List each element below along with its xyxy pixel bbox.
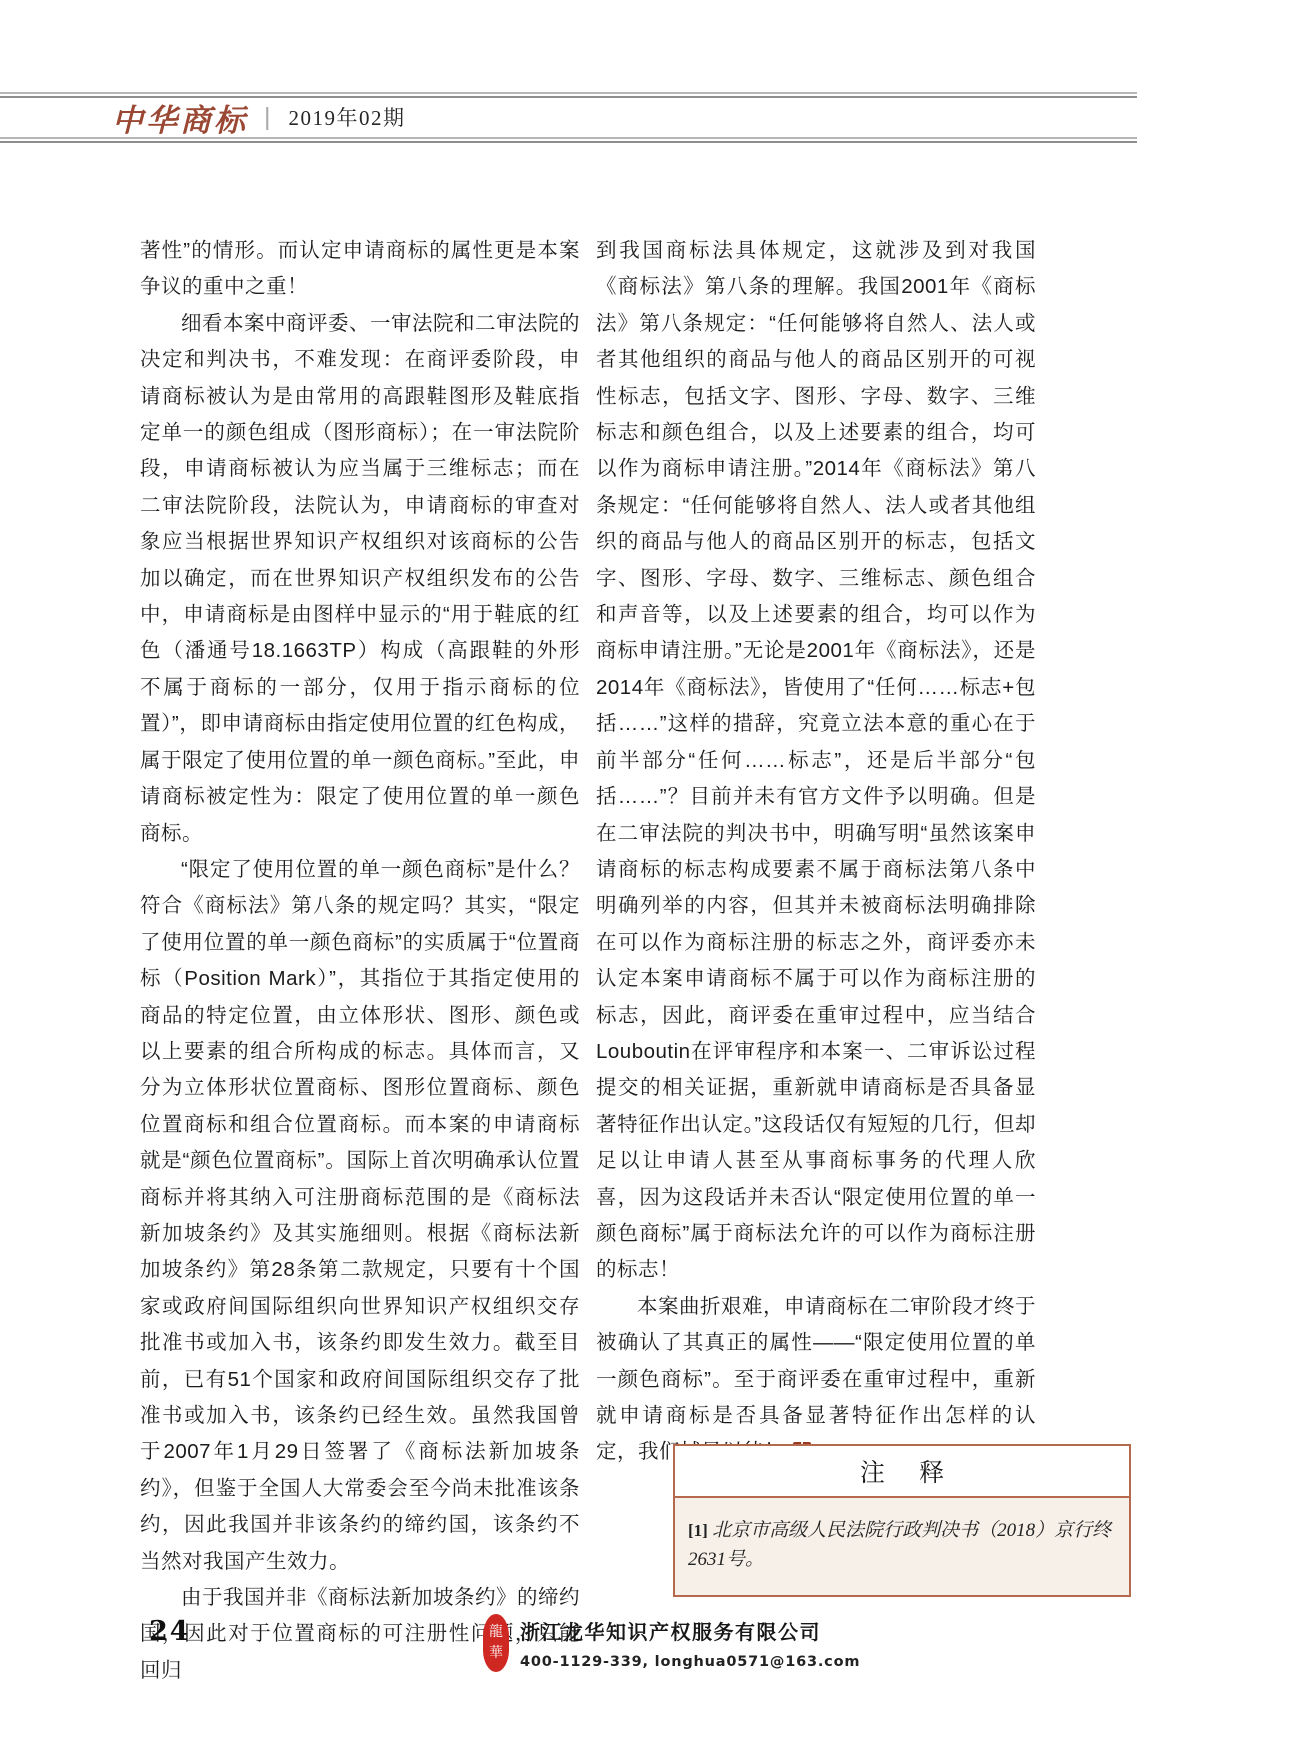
footer-company-block: 浙江龙华知识产权服务有限公司 400-1129-339, longhua0571… (520, 1615, 860, 1671)
note-item: [1] 北京市高级人民法院行政判决书（2018）京行终2631号。 (688, 1516, 1113, 1575)
company-seal-icon: 龍華 (483, 1614, 509, 1672)
masthead: 中华商标 | 2019年02期 (112, 97, 406, 137)
paragraph: 著性”的情形。而认定申请商标的属性更是本案争议的重中之重！ (140, 233, 580, 306)
magazine-page: 中华商标 | 2019年02期 著性”的情形。而认定申请商标的属性更是本案争议的… (0, 0, 1300, 1763)
notes-header: 注 释 (675, 1446, 1129, 1498)
paragraph: 细看本案中商评委、一审法院和二审法院的决定和判决书，不难发现：在商评委阶段，申请… (140, 306, 580, 852)
note-marker: [1] (688, 1521, 712, 1540)
notes-body: [1] 北京市高级人民法院行政判决书（2018）京行终2631号。 (675, 1498, 1129, 1595)
notes-box: 注 释 [1] 北京市高级人民法院行政判决书（2018）京行终2631号。 (673, 1444, 1131, 1597)
magazine-logo: 中华商标 (112, 95, 248, 140)
paragraph: 到我国商标法具体规定，这就涉及到对我国《商标法》第八条的理解。我国2001年《商… (596, 233, 1036, 1289)
masthead-separator: | (264, 103, 271, 132)
footer-brand: 龍華 浙江龙华知识产权服务有限公司 400-1129-339, longhua0… (483, 1614, 860, 1672)
article-right-column: 到我国商标法具体规定，这就涉及到对我国《商标法》第八条的理解。我国2001年《商… (596, 233, 1036, 1507)
article-left-column: 著性”的情形。而认定申请商标的属性更是本案争议的重中之重！细看本案中商评委、一审… (140, 233, 580, 1689)
notes-title: 注 释 (846, 1453, 958, 1489)
paragraph: “限定了使用位置的单一颜色商标”是什么？符合《商标法》第八条的规定吗？其实，“限… (140, 852, 580, 1580)
header-rule-bottom (0, 137, 1137, 143)
issue-label: 2019年02期 (289, 102, 406, 132)
company-contact: 400-1129-339, longhua0571@163.com (520, 1654, 860, 1670)
page-number: 24 (149, 1616, 191, 1647)
company-name: 浙江龙华知识产权服务有限公司 (520, 1616, 860, 1645)
